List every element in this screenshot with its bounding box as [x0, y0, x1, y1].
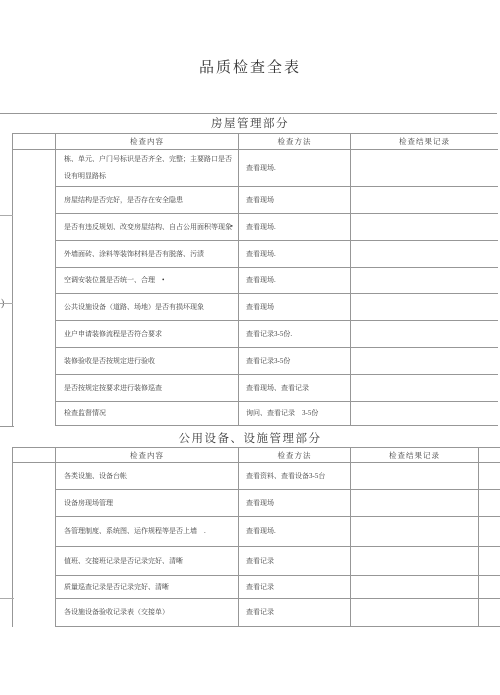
content-cell: 各类设施、设备台帐 [56, 463, 239, 490]
divider [0, 426, 14, 427]
content-cell: 质量巡查记录是否记录完好、清晰 [56, 576, 239, 599]
content-cell: 值班、交接班记录是否记录完好、清晰 [56, 547, 239, 576]
method-cell: 查看现场. [239, 241, 351, 268]
bullet-mark: • [231, 219, 233, 236]
method-cell: 查看现场. [239, 150, 351, 187]
content-cell: 检查监督情况 [56, 402, 239, 426]
content-cell: 外墙面砖、涂料等装饰材料是否有脱落、污渍 [56, 241, 239, 268]
method-cell: 查看现场 [239, 294, 351, 321]
content-cell: 各管理制度、系统图、运作规程等是否上墙 . [56, 517, 239, 547]
content-text: 是否有违反规划、改变房屋结构、自占公用面积等现象 [64, 219, 232, 236]
divider [0, 113, 497, 114]
method-cell: 查看现场、查看记录 [239, 375, 351, 402]
content-cell: 公共设施设备（道路、场地）是否有损坏现象 [56, 294, 239, 321]
method-cell: 查看现场 [239, 187, 351, 214]
header-spacer-cell [13, 448, 56, 463]
result-cell [351, 268, 498, 294]
result-cell [351, 241, 498, 268]
section-title-equipment: 公用设备、设施管理部分 [0, 430, 500, 446]
edge-cell [479, 517, 500, 547]
result-cell [351, 150, 498, 187]
content-cell: 设备房现场管理 [56, 490, 239, 517]
method-cell: 查看记录 [239, 599, 351, 627]
result-cell [351, 348, 498, 375]
result-cell [351, 214, 498, 241]
column-header-result: 检查结果记录 [351, 448, 479, 463]
method-cell: 询问、查看记录 3-5份 [239, 402, 351, 426]
result-cell [351, 490, 479, 517]
result-cell [351, 187, 498, 214]
margin-tick [0, 215, 13, 216]
method-cell: 查看现场. [239, 517, 351, 547]
result-cell [351, 599, 479, 627]
content-cell: 业户申请装修流程是否符合要求 [56, 321, 239, 348]
result-cell [351, 294, 498, 321]
result-cell [351, 463, 479, 490]
result-cell [351, 402, 498, 426]
method-cell: 查看资料、查看设备3-5台 [239, 463, 351, 490]
document-page: 品质检查全表 房屋管理部分 检查内容 检查方法 检查结果记录 栋、单元、户门号标… [0, 0, 500, 695]
header-edge-cell [479, 448, 500, 463]
result-cell [351, 517, 479, 547]
content-cell: 是否按规定按要求进行装修巡查 [56, 375, 239, 402]
content-cell: 空调安装位置是否统一、合理 • [56, 268, 239, 294]
method-cell: 查看现场. [239, 268, 351, 294]
method-cell: 查看现场 [239, 490, 351, 517]
left-margin-column [13, 463, 56, 627]
result-cell [351, 547, 479, 576]
column-header-method: 检查方法 [239, 448, 351, 463]
edge-cell [479, 463, 500, 490]
page-title: 品质检查全表 [0, 56, 500, 77]
edge-cell [479, 490, 500, 517]
method-cell: 查看记录 [239, 547, 351, 576]
result-cell [351, 375, 498, 402]
content-cell: 各设施设备验收记录表（交接单） [56, 599, 239, 627]
edge-cell [479, 547, 500, 576]
housing-section-table: 检查内容 检查方法 检查结果记录 栋、单元、户门号标识是否齐全、完整；主要路口是… [12, 133, 498, 426]
method-cell: 查看现场. [239, 214, 351, 241]
column-header-result: 检查结果记录 [351, 134, 498, 150]
equipment-section-table: 检查内容 检查方法 检查结果记录 各类设施、设备台帐 查看资料、查看设备3-5台… [12, 447, 500, 627]
margin-tick [0, 303, 13, 304]
edge-cell [479, 576, 500, 599]
left-margin-column [13, 150, 56, 426]
edge-cell [479, 599, 500, 627]
margin-tick [0, 598, 14, 599]
content-cell: 装修验收是否按规定进行验收 [56, 348, 239, 375]
method-cell: 查看记录 [239, 576, 351, 599]
result-cell [351, 321, 498, 348]
content-cell: 房屋结构是否完好，是否存在安全隐患 [56, 187, 239, 214]
column-header-method: 检查方法 [239, 134, 351, 150]
result-cell [351, 576, 479, 599]
content-cell: 栋、单元、户门号标识是否齐全、完整；主要路口是否设有明显路标 [56, 150, 239, 187]
section-title-housing: 房屋管理部分 [0, 115, 500, 131]
column-header-content: 检查内容 [56, 134, 239, 150]
content-cell: 是否有违反规划、改变房屋结构、自占公用面积等现象• [56, 214, 239, 241]
method-cell: 查看记录3-5份 [239, 348, 351, 375]
header-spacer-cell [13, 134, 56, 150]
column-header-content: 检查内容 [56, 448, 239, 463]
method-cell: 查看记录3-5份. [239, 321, 351, 348]
